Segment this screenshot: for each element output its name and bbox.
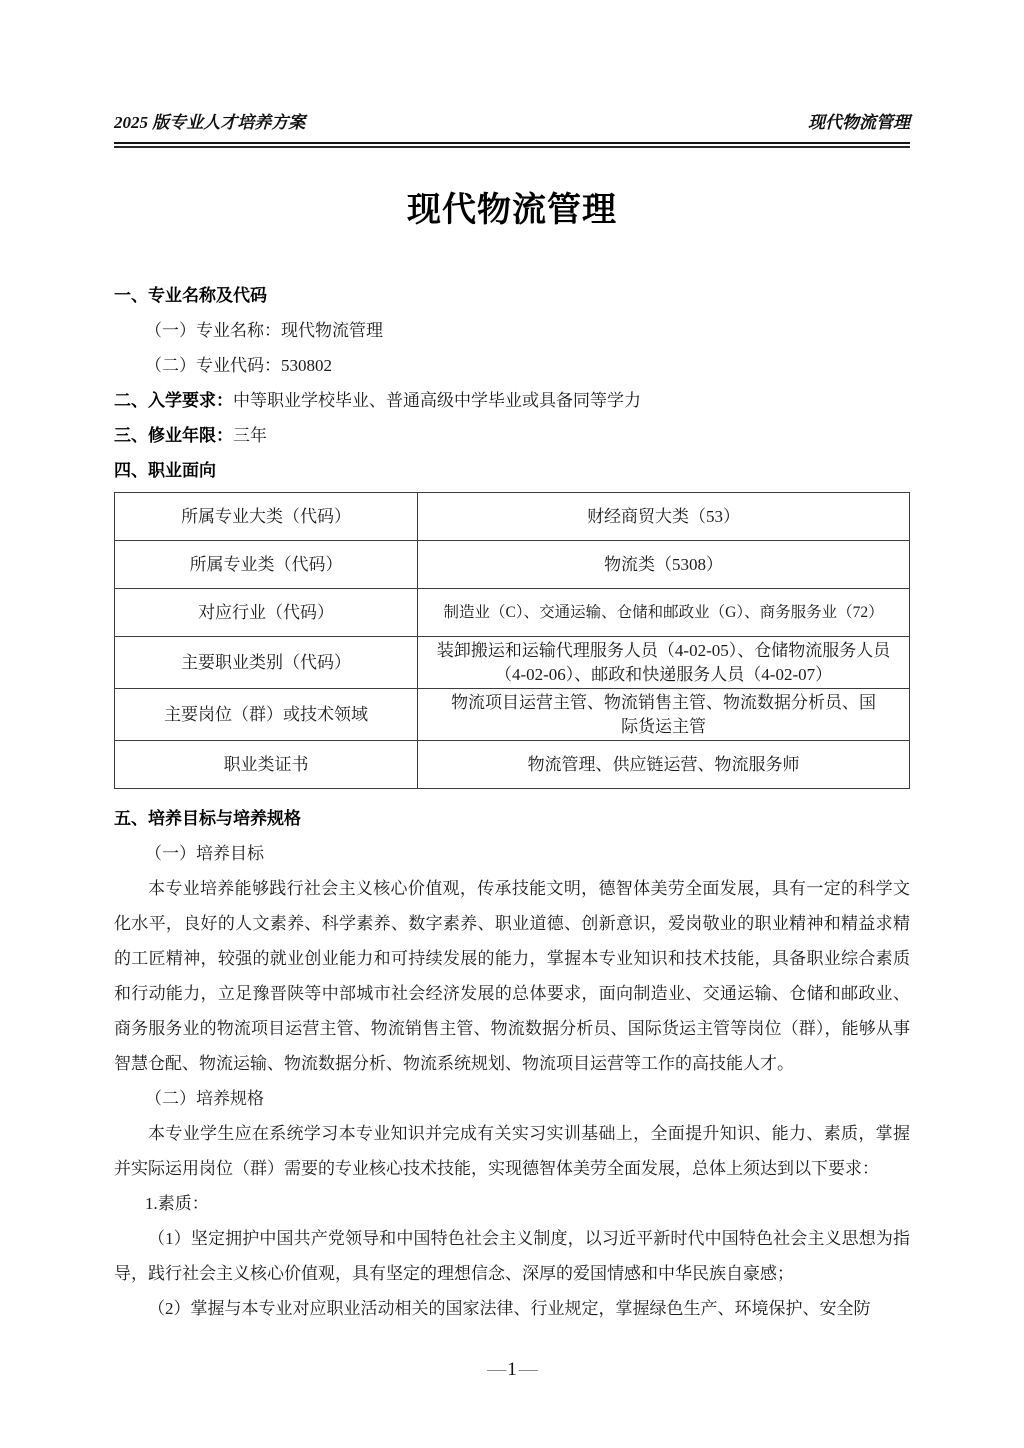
row-value-main-posts: 物流项目运营主管、物流销售主管、物流数据分析员、国际货运主管: [418, 689, 910, 741]
row-value-certificates: 物流管理、供应链运营、物流服务师: [418, 741, 910, 789]
table-row: 所属专业类（代码） 物流类（5308）: [115, 541, 910, 589]
section-1-item-code: （二）专业代码：530802: [114, 348, 910, 383]
table-row: 对应行业（代码） 制造业（C）、交通运输、仓储和邮政业（G）、商务服务业（72）: [115, 589, 910, 637]
section-2-text: 中等职业学校毕业、普通高级中学毕业或具备同等学力: [233, 391, 641, 410]
row-label-major-category: 所属专业大类（代码）: [115, 493, 418, 541]
table-row: 主要职业类别（代码） 装卸搬运和运输代理服务人员（4-02-05）、仓储物流服务…: [115, 637, 910, 689]
table-row: 职业类证书 物流管理、供应链运营、物流服务师: [115, 741, 910, 789]
header-left-text: 2025 版专业人才培养方案: [114, 110, 305, 136]
footer-right-dash: —: [519, 1359, 537, 1380]
section-5-heading: 五、培养目标与培养规格: [114, 801, 910, 836]
row-label-occupation-class: 主要职业类别（代码）: [115, 637, 418, 689]
quality-item-1: （1）坚定拥护中国共产党领导和中国特色社会主义制度，以习近平新时代中国特色社会主…: [114, 1221, 910, 1291]
section-1-item-name: （一）专业名称：现代物流管理: [114, 313, 910, 348]
running-header: 2025 版专业人才培养方案 现代物流管理: [114, 0, 910, 136]
header-right-text: 现代物流管理: [808, 110, 910, 136]
page-number: 1: [507, 1359, 517, 1380]
section-3-text: 三年: [233, 426, 267, 445]
table-row: 主要岗位（群）或技术领域 物流项目运营主管、物流销售主管、物流数据分析员、国际货…: [115, 689, 910, 741]
row-value-major-category: 财经商贸大类（53）: [418, 493, 910, 541]
row-value-industry: 制造业（C）、交通运输、仓储和邮政业（G）、商务服务业（72）: [418, 589, 910, 637]
page-title: 现代物流管理: [114, 188, 910, 234]
section-5-sub2: （二）培养规格: [114, 1081, 910, 1116]
section-2: 二、入学要求：中等职业学校毕业、普通高级中学毕业或具备同等学力: [114, 383, 910, 418]
row-label-certificates: 职业类证书: [115, 741, 418, 789]
section-3: 三、修业年限：三年: [114, 418, 910, 453]
section-5-sub1: （一）培养目标: [114, 836, 910, 871]
row-value-occupation-class: 装卸搬运和运输代理服务人员（4-02-05）、仓储物流服务人员（4-02-06）…: [418, 637, 910, 689]
quality-item-2: （2）掌握与本专业对应职业活动相关的国家法律、行业规定，掌握绿色生产、环境保护、…: [114, 1291, 910, 1326]
table-row: 所属专业大类（代码） 财经商贸大类（53）: [115, 493, 910, 541]
training-objective-paragraph: 本专业培养能够践行社会主义核心价值观，传承技能文明，德智体美劳全面发展，具有一定…: [114, 871, 910, 1081]
quality-label: 1.素质：: [114, 1186, 910, 1221]
section-1-heading: 一、专业名称及代码: [114, 278, 910, 313]
row-label-category: 所属专业类（代码）: [115, 541, 418, 589]
section-3-label: 三、修业年限：: [114, 426, 233, 445]
row-label-industry: 对应行业（代码）: [115, 589, 418, 637]
training-spec-paragraph: 本专业学生应在系统学习本专业知识并完成有关实习实训基础上，全面提升知识、能力、素…: [114, 1116, 910, 1186]
footer-left-dash: —: [487, 1359, 505, 1380]
document-page: 2025 版专业人才培养方案 现代物流管理 现代物流管理 一、专业名称及代码 （…: [0, 0, 1024, 1448]
occupation-table: 所属专业大类（代码） 财经商贸大类（53） 所属专业类（代码） 物流类（5308…: [114, 492, 910, 789]
section-4-heading: 四、职业面向: [114, 453, 910, 488]
row-label-main-posts: 主要岗位（群）或技术领域: [115, 689, 418, 741]
row-value-category: 物流类（5308）: [418, 541, 910, 589]
header-divider: [114, 142, 910, 148]
page-footer: —1—: [0, 1358, 1024, 1382]
section-2-label: 二、入学要求：: [114, 391, 233, 410]
